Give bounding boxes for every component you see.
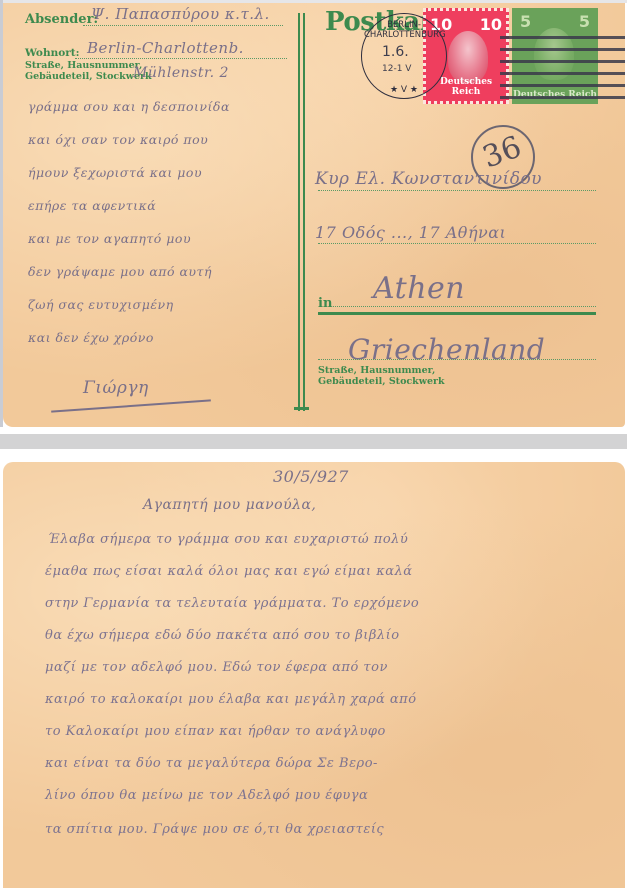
letter-line: το Καλοκαίρι μου είπαν και ήρθαν το ανάγ…: [45, 724, 386, 739]
message-line: ήμουν ξεχωριστά και μου: [28, 165, 202, 180]
message-line: δεν γράψαμε μου από αυτή: [28, 264, 212, 279]
letter-line: λίνο όπου θα μείνω με τον Αδελφό μου έφυ…: [45, 788, 368, 803]
recipient-name-line: [318, 190, 596, 191]
message-line: ζωή σας ευτυχισμένη: [28, 297, 174, 312]
street-handwriting: Mühlenstr. 2: [133, 65, 229, 81]
city-dotted-line: [333, 306, 596, 307]
signature-underline: [51, 399, 211, 412]
postmark-date: 1.6.: [382, 44, 409, 60]
message-line: επήρε τα αφεντικά: [28, 198, 156, 213]
stamp-value-left: 5: [520, 12, 531, 31]
recipient-street: 17 Οδός ..., 17 Αθήναι: [315, 223, 506, 242]
residence-label: Wohnort:: [25, 48, 79, 59]
letter-line: Έλαβα σήμερα το γράμμα σου και ευχαριστώ…: [48, 532, 408, 547]
letter-line: καιρό το καλοκαίρι μου έλαβα και μεγάλη …: [45, 692, 417, 707]
recipient-country: Griechenland: [348, 333, 545, 366]
letter-line: θα έχω σήμερα εδώ δύο πακέτα από σου το …: [45, 628, 400, 643]
letter-line: έμαθα πως είσαι καλά όλοι μας και εγώ εί…: [45, 564, 413, 579]
signature: Γιώργη: [83, 378, 149, 398]
postmark-code: ★ V ★: [362, 85, 446, 95]
letter-line: και είναι τα δύο τα μεγαλύτερα δώρα Σε Β…: [45, 756, 378, 771]
stamp-value-right: 5: [579, 12, 590, 31]
recipient-street-label-line2: Gebäudeteil, Stockwerk: [318, 376, 445, 387]
recipient-city: Athen: [373, 271, 465, 306]
stamp-value-right: 10: [480, 15, 502, 34]
letter-line: μαζί με τον αδελφό μου. Εδώ τον έφερα απ…: [45, 660, 388, 675]
country-dotted-line: [318, 359, 596, 360]
sender-dotted-line: [83, 25, 283, 26]
divider-foot: [294, 407, 309, 410]
residence-handwriting: Berlin-Charlottenb.: [87, 39, 244, 57]
postmark-time: 12-1 V: [382, 64, 411, 74]
message-line: γράμμα σου και η δεσποινίδα: [28, 99, 230, 114]
separator-bar: [0, 434, 627, 449]
letter-line: τα σπίτια μου. Γράψε μου σε ό,τι θα χρει…: [45, 822, 384, 837]
city-underline: [318, 312, 596, 315]
message-line: και με τον αγαπητό μου: [28, 231, 191, 246]
letter-date: 30/5/927: [273, 467, 349, 486]
letter-salutation: Αγαπητή μου μανούλα,: [143, 497, 316, 513]
recipient-street-label-line1: Straße, Hausnummer,: [318, 365, 435, 376]
postmark-city: BERLIN-CHARLOTTENBURG: [364, 20, 444, 40]
street-label-line1: Straße, Hausnummer,: [25, 60, 142, 71]
sender-name-handwriting: Ψ. Παπασπύρου κ.τ.λ.: [91, 5, 270, 23]
recipient-street-line: [318, 243, 596, 244]
recipient-name: Κυρ Ελ. Κωνσταντινίδου: [315, 169, 542, 189]
portrait-icon: [448, 31, 488, 83]
postcard-front: Absender: Ψ. Παπασπύρου κ.τ.λ. Wohnort: …: [3, 3, 625, 427]
postmark-circle: BERLIN-CHARLOTTENBURG 1.6. 12-1 V ★ V ★: [361, 13, 447, 99]
in-label: in: [318, 296, 332, 311]
letter-line: στην Γερμανία τα τελευταία γράμματα. Το …: [45, 596, 419, 611]
postcard-back: 30/5/927 Αγαπητή μου μανούλα, Έλαβα σήμε…: [3, 462, 625, 888]
residence-dotted-line: [75, 58, 287, 59]
vertical-divider: [298, 13, 305, 411]
message-line: και δεν έχω χρόνο: [28, 330, 154, 345]
message-line: και όχι σαν τον καιρό που: [28, 132, 208, 147]
machine-cancel-lines: [500, 36, 625, 116]
